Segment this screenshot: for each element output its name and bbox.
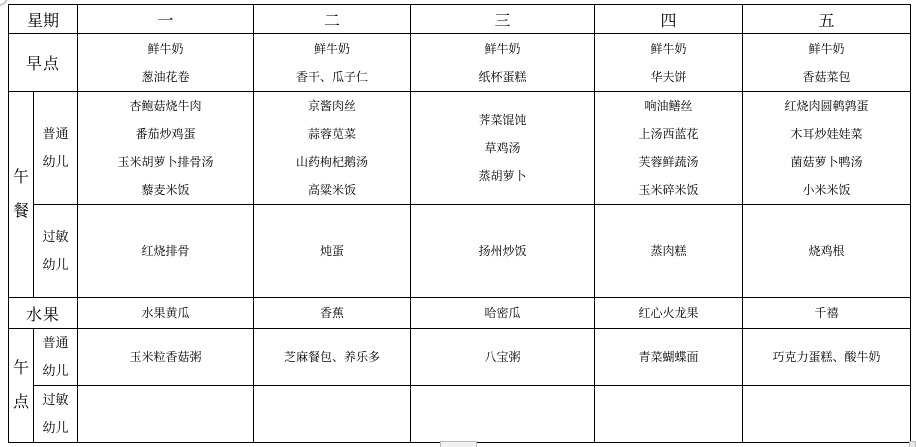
window-corner-artifact [0, 0, 8, 6]
weekly-menu-table: 星期 一 二 三 四 五 早点 鲜牛奶葱油花卷 鲜牛奶香干、瓜子仁 鲜牛奶纸杯蛋… [8, 4, 911, 443]
snack-allergy-fri-cell [743, 386, 911, 443]
header-day-tue: 二 [254, 5, 411, 34]
lunch-normal-wed-cell: 荠菜馄饨草鸡汤蒸胡萝卜 [411, 92, 595, 205]
fruit-row: 水果 水果黄瓜 香蕉 哈密瓜 红心火龙果 千禧 [9, 298, 911, 329]
header-day-mon: 一 [78, 5, 254, 34]
snack-normal-wed-cell: 八宝粥 [411, 329, 595, 386]
snack-allergy-row: 过敏幼儿 [9, 386, 911, 443]
breakfast-tue-cell: 鲜牛奶香干、瓜子仁 [254, 34, 411, 92]
lunch-allergy-wed-cell: 扬州炒饭 [411, 205, 595, 298]
breakfast-label: 早点 [9, 34, 78, 92]
snack-allergy-thu-cell [595, 386, 743, 443]
snack-label: 午点 [9, 329, 34, 443]
fruit-tue-cell: 香蕉 [254, 298, 411, 329]
header-day-wed: 三 [411, 5, 595, 34]
scrollbar-edge-fragment[interactable] [909, 441, 916, 447]
lunch-allergy-mon-cell: 红烧排骨 [78, 205, 254, 298]
snack-allergy-mon-cell [78, 386, 254, 443]
breakfast-row: 早点 鲜牛奶葱油花卷 鲜牛奶香干、瓜子仁 鲜牛奶纸杯蛋糕 鲜牛奶华夫饼 鲜牛奶香… [9, 34, 911, 92]
lunch-allergy-tue-cell: 炖蛋 [254, 205, 411, 298]
snack-allergy-wed-cell [411, 386, 595, 443]
lunch-allergy-label: 过敏幼儿 [34, 205, 78, 298]
lunch-normal-label: 普通幼儿 [34, 92, 78, 205]
fruit-thu-cell: 红心火龙果 [595, 298, 743, 329]
snack-normal-label: 普通幼儿 [34, 329, 78, 386]
lunch-normal-tue-cell: 京酱肉丝蒜蓉苋菜山药枸杞鹅汤高粱米饭 [254, 92, 411, 205]
breakfast-thu-cell: 鲜牛奶华夫饼 [595, 34, 743, 92]
lunch-allergy-fri-cell: 烧鸡根 [743, 205, 911, 298]
header-day-thu: 四 [595, 5, 743, 34]
fruit-label: 水果 [9, 298, 78, 329]
fruit-wed-cell: 哈密瓜 [411, 298, 595, 329]
lunch-normal-fri-cell: 红烧肉圆鹌鹑蛋木耳炒娃娃菜菌菇萝卜鸭汤小米米饭 [743, 92, 911, 205]
lunch-normal-row: 午餐 普通幼儿 杏鲍菇烧牛肉番茄炒鸡蛋玉米胡萝卜排骨汤藜麦米饭 京酱肉丝蒜蓉苋菜… [9, 92, 911, 205]
header-week-label: 星期 [9, 5, 78, 34]
breakfast-wed-cell: 鲜牛奶纸杯蛋糕 [411, 34, 595, 92]
snack-normal-mon-cell: 玉米粒香菇粥 [78, 329, 254, 386]
lunch-allergy-thu-cell: 蒸肉糕 [595, 205, 743, 298]
lunch-label: 午餐 [9, 92, 34, 298]
snack-allergy-label: 过敏幼儿 [34, 386, 78, 443]
snack-normal-fri-cell: 巧克力蛋糕、酸牛奶 [743, 329, 911, 386]
snack-normal-tue-cell: 芝麻餐包、养乐多 [254, 329, 411, 386]
breakfast-fri-cell: 鲜牛奶香菇菜包 [743, 34, 911, 92]
snack-normal-row: 午点 普通幼儿 玉米粒香菇粥 芝麻餐包、养乐多 八宝粥 青菜蝴蝶面 巧克力蛋糕、… [9, 329, 911, 386]
lunch-normal-thu-cell: 响油鳝丝上汤西蓝花芙蓉鲜蔬汤玉米碎米饭 [595, 92, 743, 205]
breakfast-mon-cell: 鲜牛奶葱油花卷 [78, 34, 254, 92]
snack-normal-thu-cell: 青菜蝴蝶面 [595, 329, 743, 386]
horizontal-scrollbar-thumb[interactable] [440, 441, 477, 447]
fruit-mon-cell: 水果黄瓜 [78, 298, 254, 329]
snack-allergy-tue-cell [254, 386, 411, 443]
fruit-fri-cell: 千禧 [743, 298, 911, 329]
header-day-fri: 五 [743, 5, 911, 34]
lunch-normal-mon-cell: 杏鲍菇烧牛肉番茄炒鸡蛋玉米胡萝卜排骨汤藜麦米饭 [78, 92, 254, 205]
header-row: 星期 一 二 三 四 五 [9, 5, 911, 34]
lunch-allergy-row: 过敏幼儿 红烧排骨 炖蛋 扬州炒饭 蒸肉糕 烧鸡根 [9, 205, 911, 298]
